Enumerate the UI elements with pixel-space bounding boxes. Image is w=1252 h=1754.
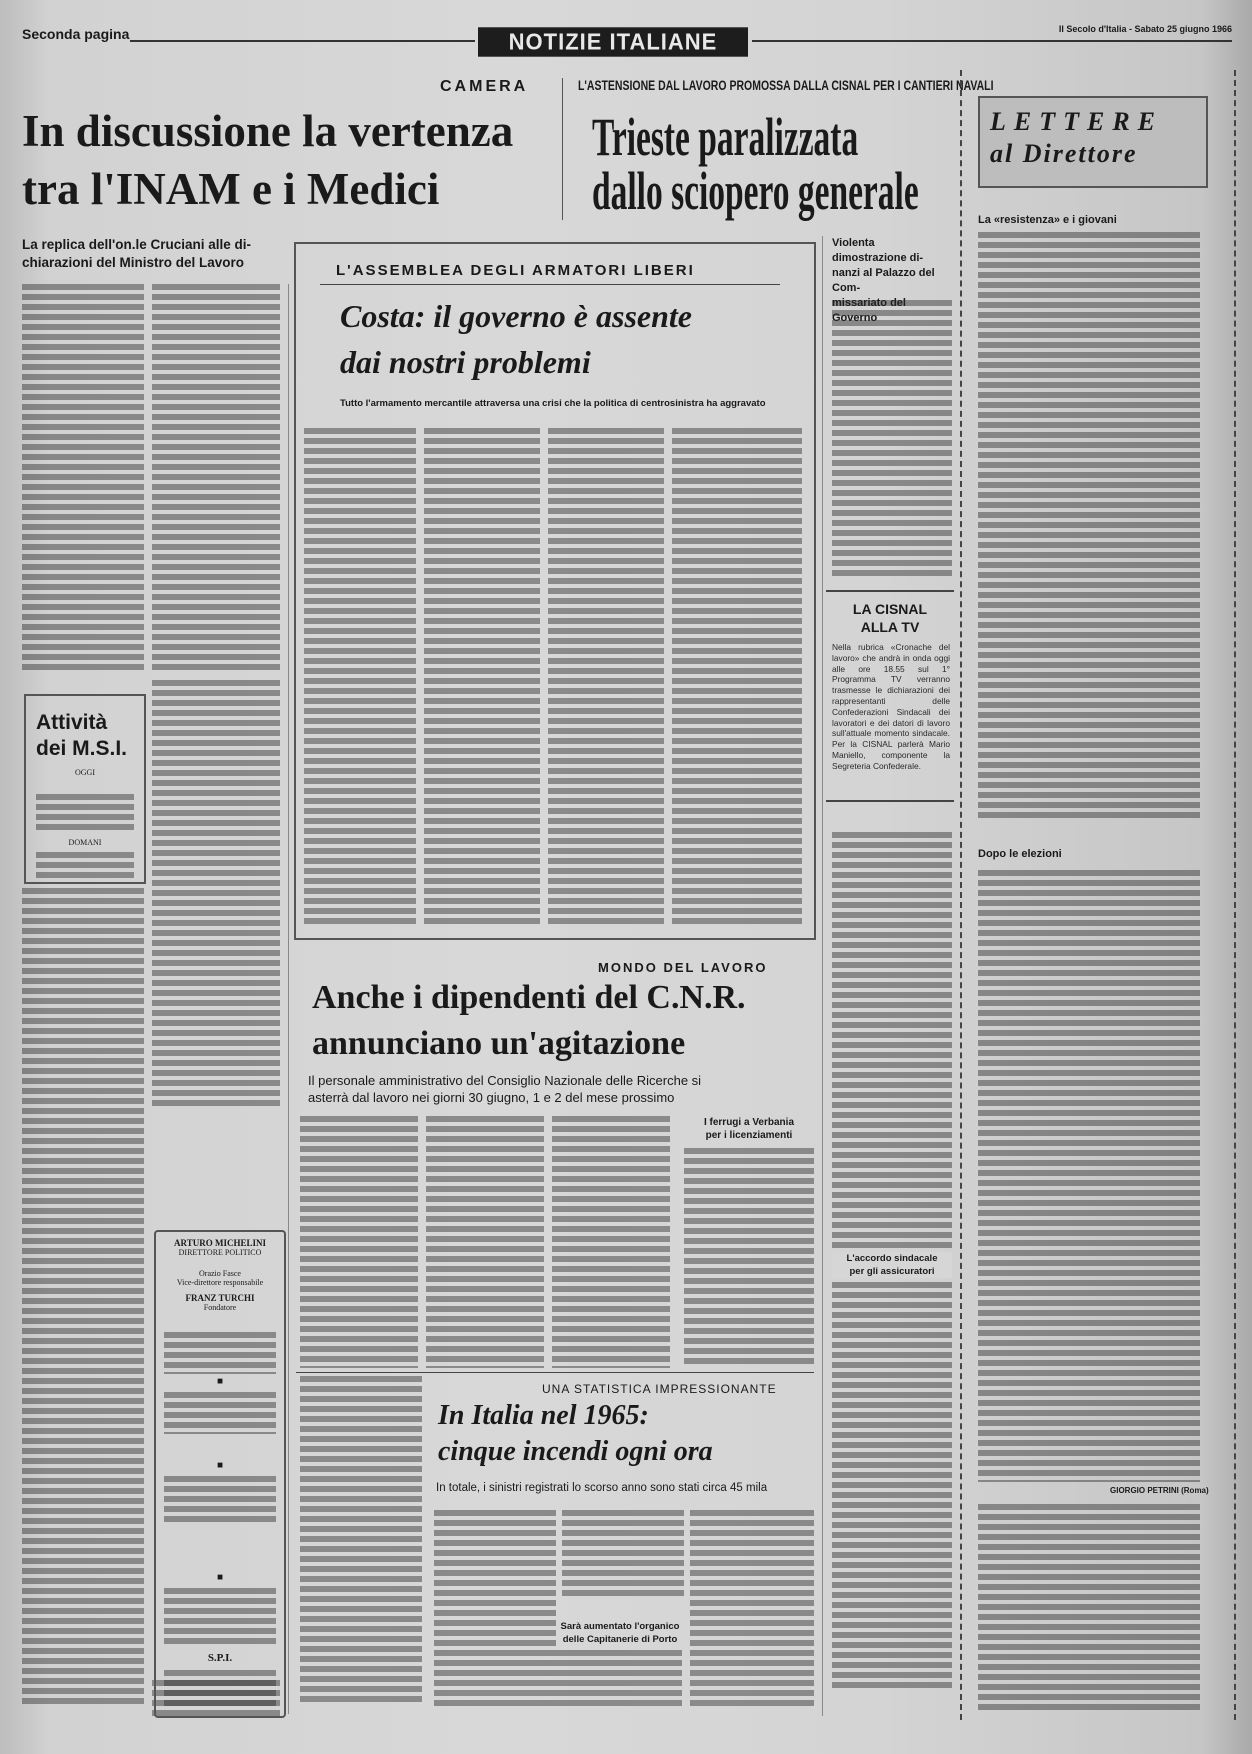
armatori-body-col1 xyxy=(304,428,416,928)
colophon-vice-role: Vice-direttore responsabile xyxy=(156,1278,284,1287)
column-divider-2 xyxy=(822,236,823,1716)
cnr-body-col2 xyxy=(426,1116,544,1368)
masthead-rule-right xyxy=(752,40,1232,42)
colophon-address xyxy=(164,1332,276,1374)
armatori-body-col3 xyxy=(548,428,664,928)
trieste-kicker: L'ASTENSIONE DAL LAVORO PROMOSSA DALLA C… xyxy=(578,78,994,94)
letters-title-2: al Direttore xyxy=(990,138,1206,170)
colophon-founder: FRANZ TURCHI xyxy=(156,1293,284,1303)
cnr-subhead-1: Il personale amministrativo del Consigli… xyxy=(308,1072,808,1089)
assicuratori-title-1: L'accordo sindacale xyxy=(832,1252,952,1265)
letters-border-right xyxy=(1234,70,1236,1720)
inam-kicker: CAMERA xyxy=(440,78,528,96)
letter2-body xyxy=(978,870,1200,1482)
inam-headline-2: tra l'INAM e i Medici xyxy=(22,166,439,213)
armatori-headline-1: Costa: il governo è assente xyxy=(340,296,692,336)
incendi-subhead: In totale, i sinistri registrati lo scor… xyxy=(436,1482,767,1494)
letter3-body xyxy=(978,1504,1200,1714)
armatori-headline-2: dai nostri problemi xyxy=(340,342,591,382)
inam-subhead-2: chiarazioni del Ministro del Lavoro xyxy=(22,254,282,272)
page-label: Seconda pagina xyxy=(22,26,129,42)
msi-activity-box: Attività dei M.S.I. OGGI DOMANI xyxy=(24,694,146,884)
incendi-body-col2 xyxy=(562,1510,684,1600)
verbania-body xyxy=(684,1148,814,1368)
colophon-director: ARTURO MICHELINI xyxy=(156,1238,284,1248)
separator-dot: ■ xyxy=(156,1572,284,1584)
inam-headline-1: In discussione la vertenza xyxy=(22,108,513,155)
cnr-body-col3 xyxy=(552,1116,670,1368)
letters-title-box: LETTERE al Direttore xyxy=(978,96,1208,188)
colophon-box: ARTURO MICHELINI DIRETTORE POLITICO Oraz… xyxy=(154,1230,286,1718)
colophon-founder-role: Fondatore xyxy=(156,1303,284,1312)
letter1-title: La «resistenza» e i giovani xyxy=(978,214,1117,226)
msi-tomorrow: DOMANI xyxy=(26,838,144,847)
verbania-title-1: I ferrugi a Verbania xyxy=(684,1116,814,1129)
armatori-rule xyxy=(320,284,780,285)
porto-body xyxy=(556,1650,682,1706)
inam-subhead: La replica dell'on.le Cruciani alle di- … xyxy=(22,236,282,272)
letter1-body xyxy=(978,232,1200,822)
incendi-body-col3 xyxy=(690,1510,814,1710)
cnr-kicker: MONDO DEL LAVORO xyxy=(598,960,767,975)
trieste-headline-1: Trieste paralizzata xyxy=(592,108,858,166)
cisnal-rule-bottom xyxy=(826,800,954,802)
trieste-headline-2: dallo sciopero generale xyxy=(592,162,919,220)
separator-dot: ■ xyxy=(156,1376,284,1388)
incendi-rule xyxy=(296,1372,814,1373)
letters-title-1: LETTERE xyxy=(990,106,1206,138)
incendi-headline-1: In Italia nel 1965: xyxy=(438,1398,649,1434)
msi-today-list xyxy=(36,794,134,834)
colophon-block5 xyxy=(164,1670,276,1708)
msi-title-2: dei M.S.I. xyxy=(36,736,144,762)
trieste-subhead-2: nanzi al Palazzo del Com- xyxy=(832,266,952,296)
column-divider-1 xyxy=(288,284,289,1714)
letter2-signature: GIORGIO PETRINI (Roma) xyxy=(1110,1486,1209,1495)
cisnal-tv-title-2: ALLA TV xyxy=(826,618,954,636)
letter2-title: Dopo le elezioni xyxy=(978,848,1062,860)
verbania-title: I ferrugi a Verbania per i licenziamenti xyxy=(684,1116,814,1142)
armatori-kicker: L'ASSEMBLEA DEGLI ARMATORI LIBERI xyxy=(336,262,695,279)
cnr-headline-2: annunciano un'agitazione xyxy=(312,1026,685,1062)
cisnal-tv-title: LA CISNAL ALLA TV xyxy=(826,600,954,636)
trieste-subhead-1: Violenta dimostrazione di- xyxy=(832,236,952,266)
colophon-printer: S.P.I. xyxy=(156,1652,284,1664)
cnr-subhead-2: asterrà dal lavoro nei giorni 30 giugno,… xyxy=(308,1089,808,1106)
cisnal-rule-top xyxy=(826,590,954,592)
verbania-title-2: per i licenziamenti xyxy=(684,1129,814,1142)
incendi-body-col1 xyxy=(434,1510,556,1710)
armatori-subhead: Tutto l'armamento mercantile attraversa … xyxy=(340,398,766,409)
dateline: Il Secolo d'Italia - Sabato 25 giugno 19… xyxy=(1059,24,1232,34)
cnr-body-col1 xyxy=(300,1116,418,1368)
colophon-vice: Orazio Fasce xyxy=(156,1269,284,1278)
incendi-side-col xyxy=(300,1376,422,1706)
inam-body-col2 xyxy=(152,284,280,674)
colophon-block3 xyxy=(164,1476,276,1526)
colophon-block4 xyxy=(164,1588,276,1648)
colophon-director-role: DIRETTORE POLITICO xyxy=(156,1248,284,1257)
cisnal-tv-body: Nella rubrica «Cronache del lavoro» che … xyxy=(832,642,950,792)
newspaper-page: Seconda pagina NOTIZIE ITALIANE Il Secol… xyxy=(0,0,1252,1754)
cisnal-tv-title-1: LA CISNAL xyxy=(826,600,954,618)
separator-dot: ■ xyxy=(156,1460,284,1472)
section-banner: NOTIZIE ITALIANE xyxy=(478,27,748,56)
inam-body-col2b xyxy=(152,680,280,1110)
inam-body-col1b xyxy=(22,888,144,1708)
assicuratori-title-2: per gli assicuratori xyxy=(832,1265,952,1278)
colophon-block2 xyxy=(164,1392,276,1434)
letters-border-left xyxy=(960,70,962,1720)
incendi-kicker: UNA STATISTICA IMPRESSIONANTE xyxy=(542,1382,777,1396)
armatori-body-col2 xyxy=(424,428,540,928)
msi-title-1: Attività xyxy=(36,710,144,736)
trieste-body-col1 xyxy=(832,300,952,580)
msi-tomorrow-list xyxy=(36,852,134,878)
cnr-subhead: Il personale amministrativo del Consigli… xyxy=(308,1072,808,1106)
divider-header xyxy=(562,78,563,220)
armatori-body-col4 xyxy=(672,428,802,928)
msi-today: OGGI xyxy=(26,768,144,777)
porto-title-1: Sarà aumentato l'organico xyxy=(552,1620,688,1633)
porto-title-2: delle Capitanerie di Porto xyxy=(552,1633,688,1646)
assicuratori-title: L'accordo sindacale per gli assicuratori xyxy=(832,1252,952,1278)
porto-title: Sarà aumentato l'organico delle Capitane… xyxy=(552,1620,688,1646)
masthead-rule-left xyxy=(130,40,475,42)
inam-subhead-1: La replica dell'on.le Cruciani alle di- xyxy=(22,236,282,254)
inam-body-col1 xyxy=(22,284,144,674)
cnr-headline-1: Anche i dipendenti del C.N.R. xyxy=(312,980,746,1016)
incendi-headline-2: cinque incendi ogni ora xyxy=(438,1434,713,1470)
